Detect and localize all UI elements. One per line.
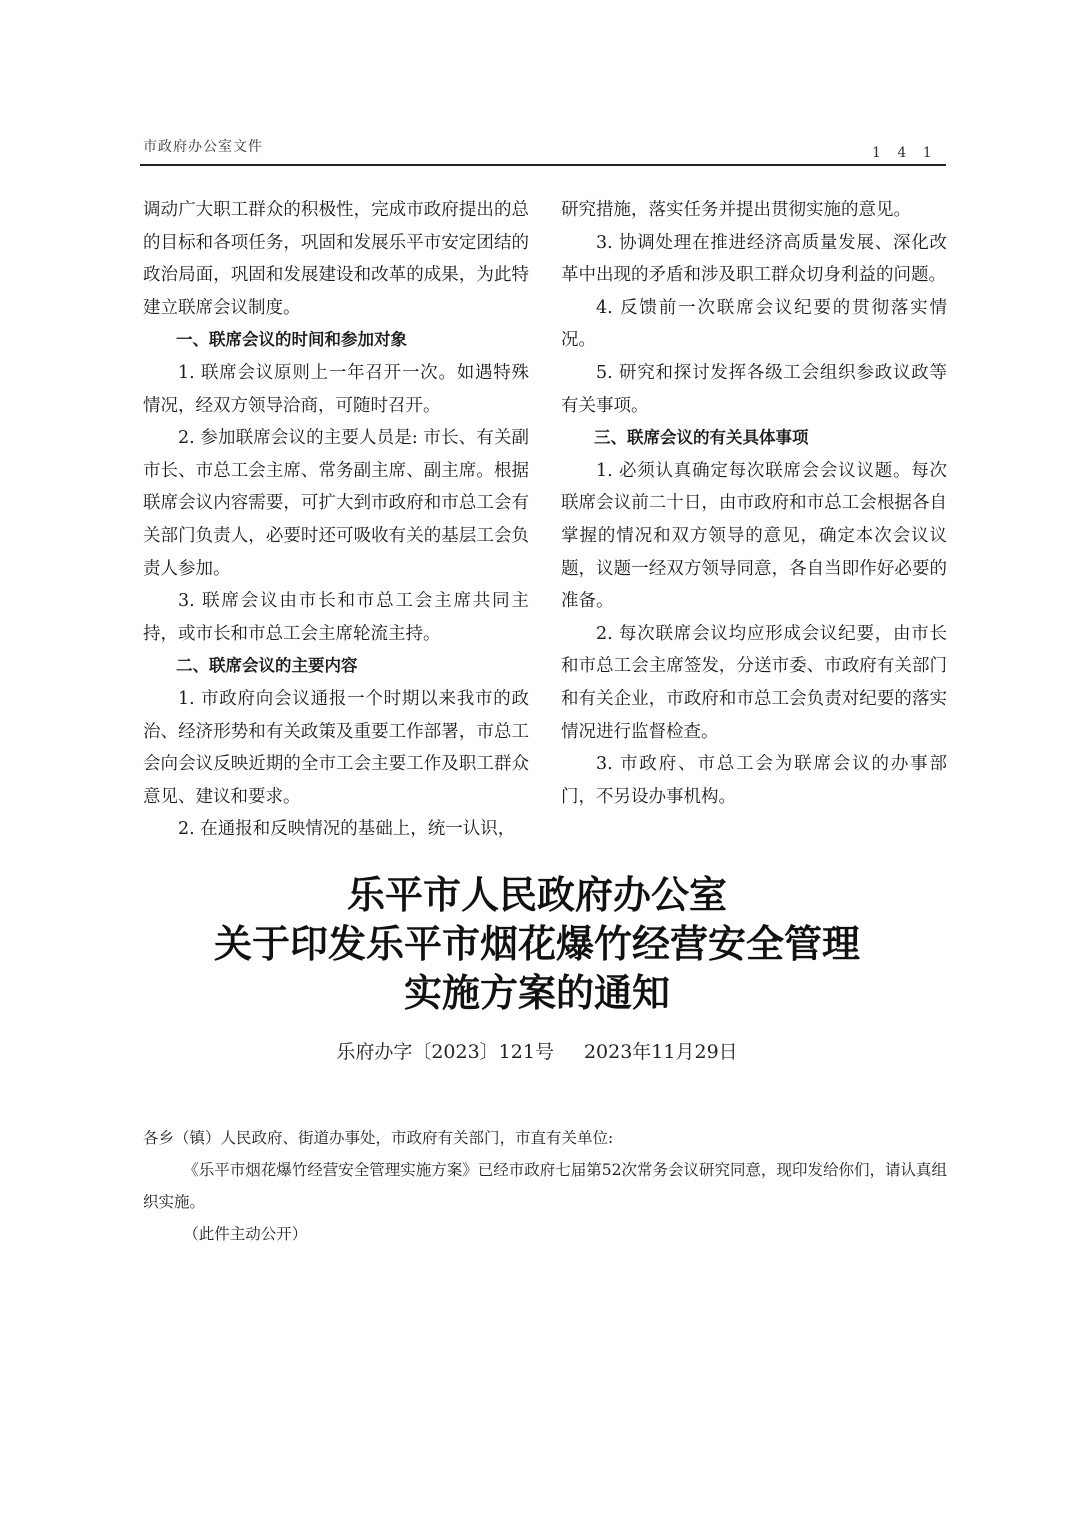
paragraph: 4. 反馈前一次联席会议纪要的贯彻落实情况。 <box>561 292 947 357</box>
paragraph: 5. 研究和探讨发挥各级工会组织参政议政等有关事项。 <box>561 357 947 422</box>
section-heading: 三、联席会议的有关具体事项 <box>561 422 947 455</box>
addressee: 各乡（镇）人民政府、街道办事处，市政府有关部门，市直有关单位: <box>143 1122 953 1154</box>
paragraph: 2. 在通报和反映情况的基础上，统一认识， <box>143 813 529 846</box>
paragraph: 3. 协调处理在推进经济高质量发展、深化改革中出现的矛盾和涉及职工群众切身利益的… <box>561 227 947 292</box>
notice-body: 各乡（镇）人民政府、街道办事处，市政府有关部门，市直有关单位: 《乐平市烟花爆竹… <box>143 1122 953 1250</box>
right-column: 研究措施，落实任务并提出贯彻实施的意见。 3. 协调处理在推进经济高质量发展、深… <box>561 194 947 813</box>
paragraph: 3. 市政府、市总工会为联席会议的办事部门，不另设办事机构。 <box>561 748 947 813</box>
document-number: 乐府办字〔2023〕121号 <box>336 1041 554 1063</box>
title-line: 乐平市人民政府办公室 <box>0 870 1074 919</box>
section-heading: 一、联席会议的时间和参加对象 <box>143 324 529 357</box>
paragraph: 1. 必须认真确定每次联席会会议议题。每次联席会议前二十日，由市政府和市总工会根… <box>561 455 947 618</box>
paragraph: 3. 联席会议由市长和市总工会主席共同主持，或市长和市总工会主席轮流主持。 <box>143 585 529 650</box>
paragraph: 2. 参加联席会议的主要人员是: 市长、有关副市长、市总工会主席、常务副主席、副… <box>143 422 529 585</box>
notice-paragraph: 《乐平市烟花爆竹经营安全管理实施方案》已经市政府七届第52次常务会议研究同意，现… <box>143 1154 953 1218</box>
left-column: 调动广大职工群众的积极性，完成市政府提出的总的目标和各项任务，巩固和发展乐平市安… <box>143 194 529 846</box>
section-heading: 二、联席会议的主要内容 <box>143 650 529 683</box>
header-divider <box>140 164 946 166</box>
document-number-line: 乐府办字〔2023〕121号2023年11月29日 <box>0 1037 1074 1064</box>
running-title: 市政府办公室文件 <box>143 136 263 156</box>
paragraph: 2. 每次联席会议均应形成会议纪要，由市长和市总工会主席签发，分送市委、市政府有… <box>561 618 947 748</box>
disclosure-note: （此件主动公开） <box>143 1218 953 1250</box>
page-number: 1 4 1 <box>872 145 938 161</box>
title-line: 实施方案的通知 <box>0 968 1074 1017</box>
paragraph: 调动广大职工群众的积极性，完成市政府提出的总的目标和各项任务，巩固和发展乐平市安… <box>143 194 529 324</box>
document-date: 2023年11月29日 <box>584 1041 738 1063</box>
paragraph: 研究措施，落实任务并提出贯彻实施的意见。 <box>561 194 947 227</box>
title-line: 关于印发乐平市烟花爆竹经营安全管理 <box>0 919 1074 968</box>
paragraph: 1. 联席会议原则上一年召开一次。如遇特殊情况，经双方领导洽商，可随时召开。 <box>143 357 529 422</box>
paragraph: 1. 市政府向会议通报一个时期以来我市的政治、经济形势和有关政策及重要工作部署，… <box>143 683 529 813</box>
notice-title: 乐平市人民政府办公室 关于印发乐平市烟花爆竹经营安全管理 实施方案的通知 <box>0 870 1074 1017</box>
